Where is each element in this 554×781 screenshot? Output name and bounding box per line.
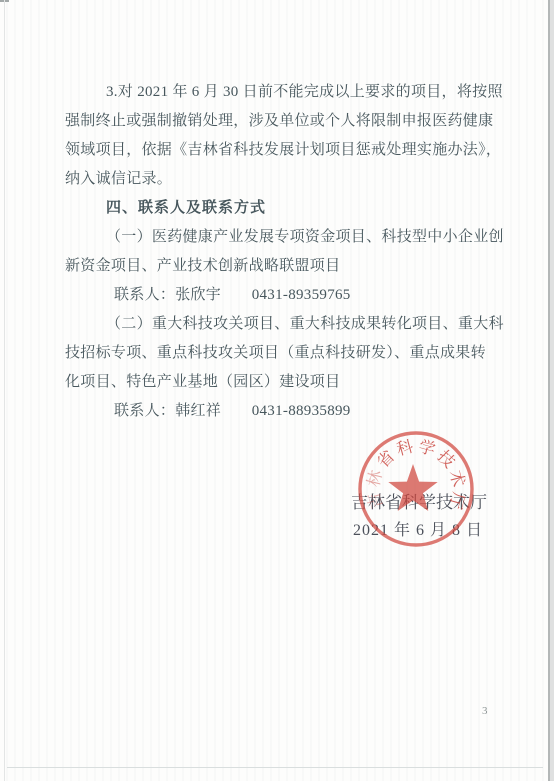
seal-char: 技 (434, 447, 459, 472)
page-number: 3 (482, 705, 488, 717)
paragraph-line: 领域项目，依据《吉林省科技发展计划项目惩戒处理实施办法》， (65, 136, 505, 165)
scanned-document-page: 3.对 2021 年 6 月 30 日前不能完成以上要求的项目，将按照 强制终止… (0, 0, 554, 781)
scan-right-margin (550, 0, 554, 781)
paragraph-line: 强制终止或强制撤销处理，涉及单位或个人将限制申报医药健康 (65, 107, 505, 136)
paragraph-line: 技招标专项、重点科技攻关项目（重点科技研发）、重点成果转 (65, 339, 505, 368)
scan-bottom-edge (7, 767, 543, 768)
paragraph-line: 新资金项目、产业技术创新战略联盟项目 (65, 252, 505, 281)
signature-date: 2021 年 6 月 8 日 (353, 517, 483, 540)
contact-line: 联系人：韩红祥 0431-88935899 (65, 397, 505, 426)
scan-left-edge (4, 0, 5, 781)
seal-char: 学 (417, 437, 438, 460)
seal-char: 术 (446, 468, 469, 489)
paragraph-line: （一）医药健康产业发展专项资金项目、科技型中小企业创 (65, 223, 505, 252)
paragraph-line: 化项目、特色产业基地（园区）建设项目 (65, 368, 505, 397)
paragraph-line: （二）重大科技攻关项目、重大科技成果转化项目、重大科 (65, 310, 505, 339)
seal-char: 林 (364, 468, 387, 489)
paragraph-line: 3.对 2021 年 6 月 30 日前不能完成以上要求的项目，将按照 (65, 78, 505, 107)
section-heading: 四、联系人及联系方式 (65, 194, 505, 223)
signature-organization: 吉林省科学技术厅 (351, 488, 487, 513)
seal-char: 科 (394, 437, 415, 460)
contact-line: 联系人：张欣宇 0431-89359765 (65, 281, 505, 310)
seal-char: 省 (373, 446, 398, 471)
document-body: 3.对 2021 年 6 月 30 日前不能完成以上要求的项目，将按照 强制终止… (65, 78, 505, 426)
paragraph-line: 纳入诚信记录。 (65, 165, 505, 194)
